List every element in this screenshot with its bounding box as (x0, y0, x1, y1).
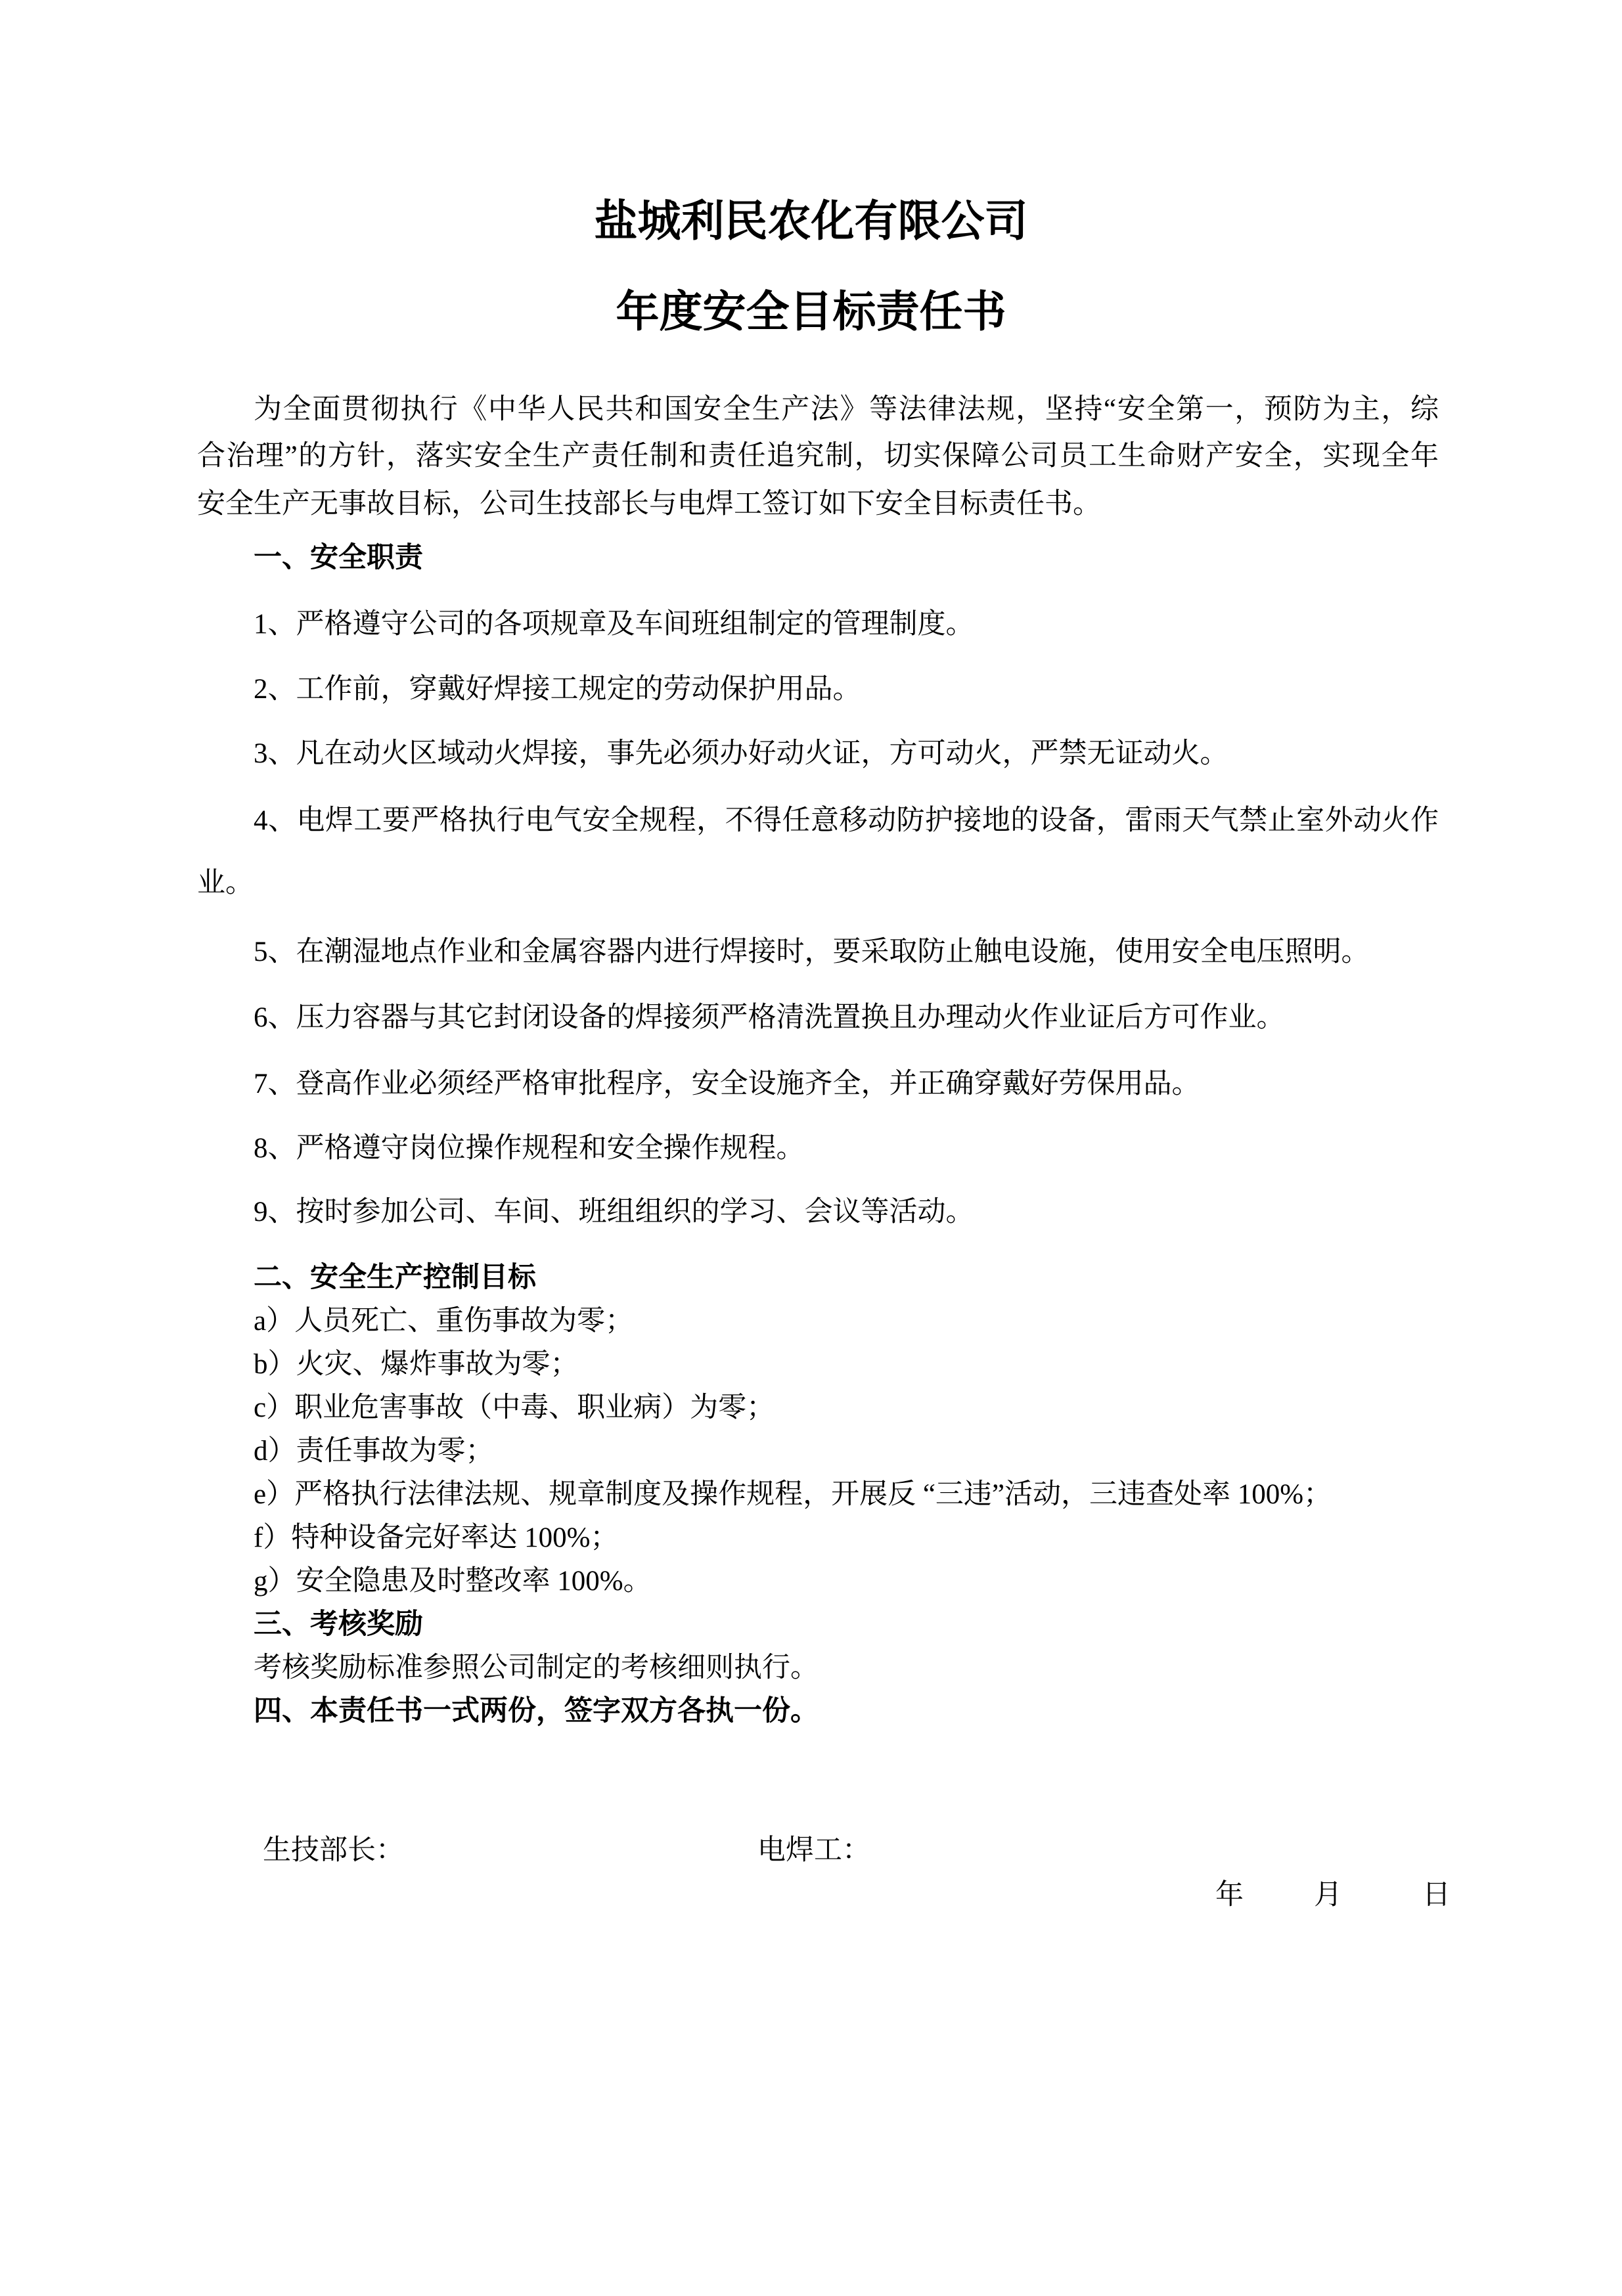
section1-item-4: 4、电焊工要严格执行电气安全规程，不得任意移动防护接地的设备，雷雨天气禁止室外动… (197, 804, 1439, 838)
section1-item-9: 9、按时参加公司、车间、班组组织的学习、会议等活动。 (254, 1195, 974, 1229)
intro-line-3: 安全生产无事故目标，公司生技部长与电焊工签订如下安全目标责任书。 (197, 487, 1101, 521)
section2-heading: 二、安全生产控制目标 (254, 1261, 536, 1295)
section4-heading: 四、本责任书一式两份，签字双方各执一份。 (254, 1694, 819, 1729)
section3-body: 考核奖励标准参照公司制定的考核细则执行。 (254, 1651, 819, 1685)
intro-line-2: 合治理”的方针，落实安全生产责任制和责任追究制，切实保障公司员工生命财产安全，实… (197, 439, 1439, 474)
section1-heading: 一、安全职责 (254, 541, 423, 575)
section1-item-5: 5、在潮湿地点作业和金属容器内进行焊接时，要采取防止触电设施，使用安全电压照明。 (254, 935, 1370, 969)
date-day-label: 日 (1422, 1878, 1451, 1912)
section2-item-f: f）特种设备完好率达 100%； (254, 1521, 618, 1555)
date-month-label: 月 (1314, 1878, 1342, 1912)
section2-item-c: c）职业危害事故（中毒、职业病）为零； (254, 1391, 775, 1425)
signature-right-label: 电焊工： (757, 1834, 870, 1868)
section1-item-8: 8、严格遵守岗位操作规程和安全操作规程。 (254, 1132, 805, 1166)
date-year-label: 年 (1215, 1878, 1244, 1912)
doc-subtitle: 年度安全目标责任书 (0, 285, 1622, 340)
section1-item-1: 1、严格遵守公司的各项规章及车间班组制定的管理制度。 (254, 607, 974, 642)
section2-item-d: d）责任事故为零； (254, 1434, 494, 1468)
document-page: 盐城利民农化有限公司 年度安全目标责任书 为全面贯彻执行《中华人民共和国安全生产… (0, 0, 1622, 2296)
section2-item-a: a）人员死亡、重伤事故为零； (254, 1304, 633, 1338)
intro-line-1: 为全面贯彻执行《中华人民共和国安全生产法》等法律法规，坚持“安全第一，预防为主，… (197, 393, 1439, 427)
section1-item-4-continuation: 业。 (197, 866, 254, 900)
section2-item-b: b）火灾、爆炸事故为零； (254, 1348, 579, 1382)
section1-item-2: 2、工作前，穿戴好焊接工规定的劳动保护用品。 (254, 673, 861, 707)
section1-item-7: 7、登高作业必须经严格审批程序，安全设施齐全，并正确穿戴好劳保用品。 (254, 1067, 1200, 1101)
section2-item-e: e）严格执行法律法规、规章制度及操作规程，开展反 “三违”活动，三违查处率 10… (254, 1478, 1332, 1512)
section2-item-g: g）安全隐患及时整改率 100%。 (254, 1564, 652, 1599)
doc-title: 盐城利民农化有限公司 (0, 194, 1622, 250)
section1-item-6: 6、压力容器与其它封闭设备的焊接须严格清洗置换且办理动火作业证后方可作业。 (254, 1001, 1285, 1035)
section1-item-3: 3、凡在动火区域动火焊接，事先必须办好动火证，方可动火，严禁无证动火。 (254, 737, 1228, 771)
section3-heading: 三、考核奖励 (254, 1608, 423, 1642)
signature-left-label: 生技部长： (263, 1834, 404, 1868)
